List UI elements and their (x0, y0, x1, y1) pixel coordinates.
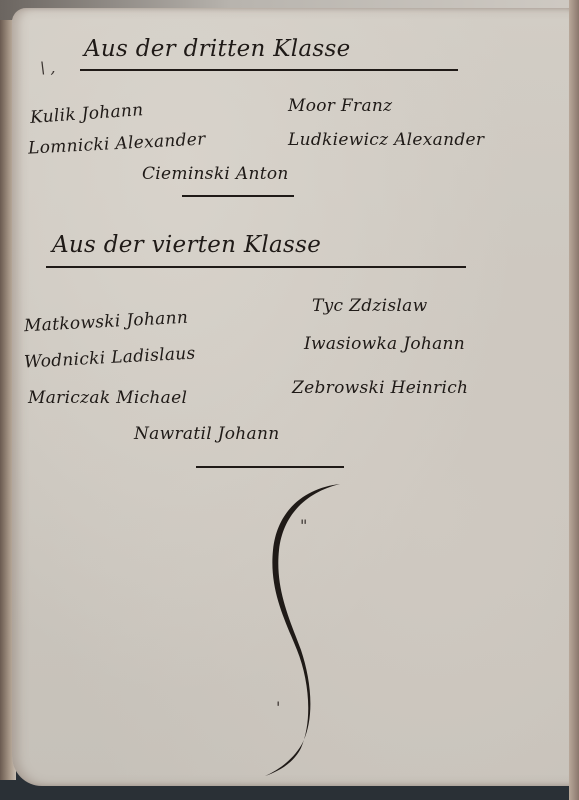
corner-mark: \ , (40, 58, 56, 77)
section-divider (196, 466, 344, 468)
given-name: Johann (403, 334, 465, 354)
heading-underline (46, 266, 466, 268)
flourish-mark: ' (276, 698, 280, 717)
surname: Moor (288, 96, 335, 116)
given-name: Anton (236, 164, 289, 184)
surname: Ludkiewicz (288, 130, 388, 150)
surname: Nawratil (134, 424, 212, 444)
name-entry: Iwasiowka Johann (304, 334, 465, 354)
name-entry: Zebrowski Heinrich (292, 378, 468, 398)
surname: Cieminski (142, 164, 230, 184)
flourish-mark: " (300, 516, 307, 535)
page-edge (569, 0, 579, 800)
surname: Mariczak (28, 388, 110, 408)
surname: Iwasiowka (304, 334, 398, 354)
heading-underline (80, 69, 458, 71)
surname: Lomnicki (28, 134, 111, 158)
given-name: Alexander (394, 130, 484, 150)
section-divider (182, 195, 294, 197)
given-name: Michael (116, 388, 187, 408)
name-entry: Moor Franz (288, 96, 392, 116)
surname: Zebrowski (292, 378, 385, 398)
name-entry: Nawratil Johann (134, 424, 280, 444)
given-name: Franz (341, 96, 392, 116)
given-name: Johann (126, 308, 189, 331)
name-entry: Ludkiewicz Alexander (288, 130, 484, 150)
name-entry: Tyc Zdzislaw (312, 296, 427, 316)
surname: Tyc (312, 296, 343, 316)
heading-fourth-class: Aus der vierten Klasse (52, 232, 321, 258)
heading-third-class: Aus der dritten Klasse (84, 36, 351, 62)
given-name: Heinrich (391, 378, 469, 398)
given-name: Zdzislaw (349, 296, 427, 316)
surname: Wodnicki (24, 348, 106, 372)
surname: Kulik (29, 105, 76, 128)
name-entry: Mariczak Michael (28, 388, 187, 408)
given-name: Johann (218, 424, 280, 444)
name-entry: Cieminski Anton (142, 164, 289, 184)
